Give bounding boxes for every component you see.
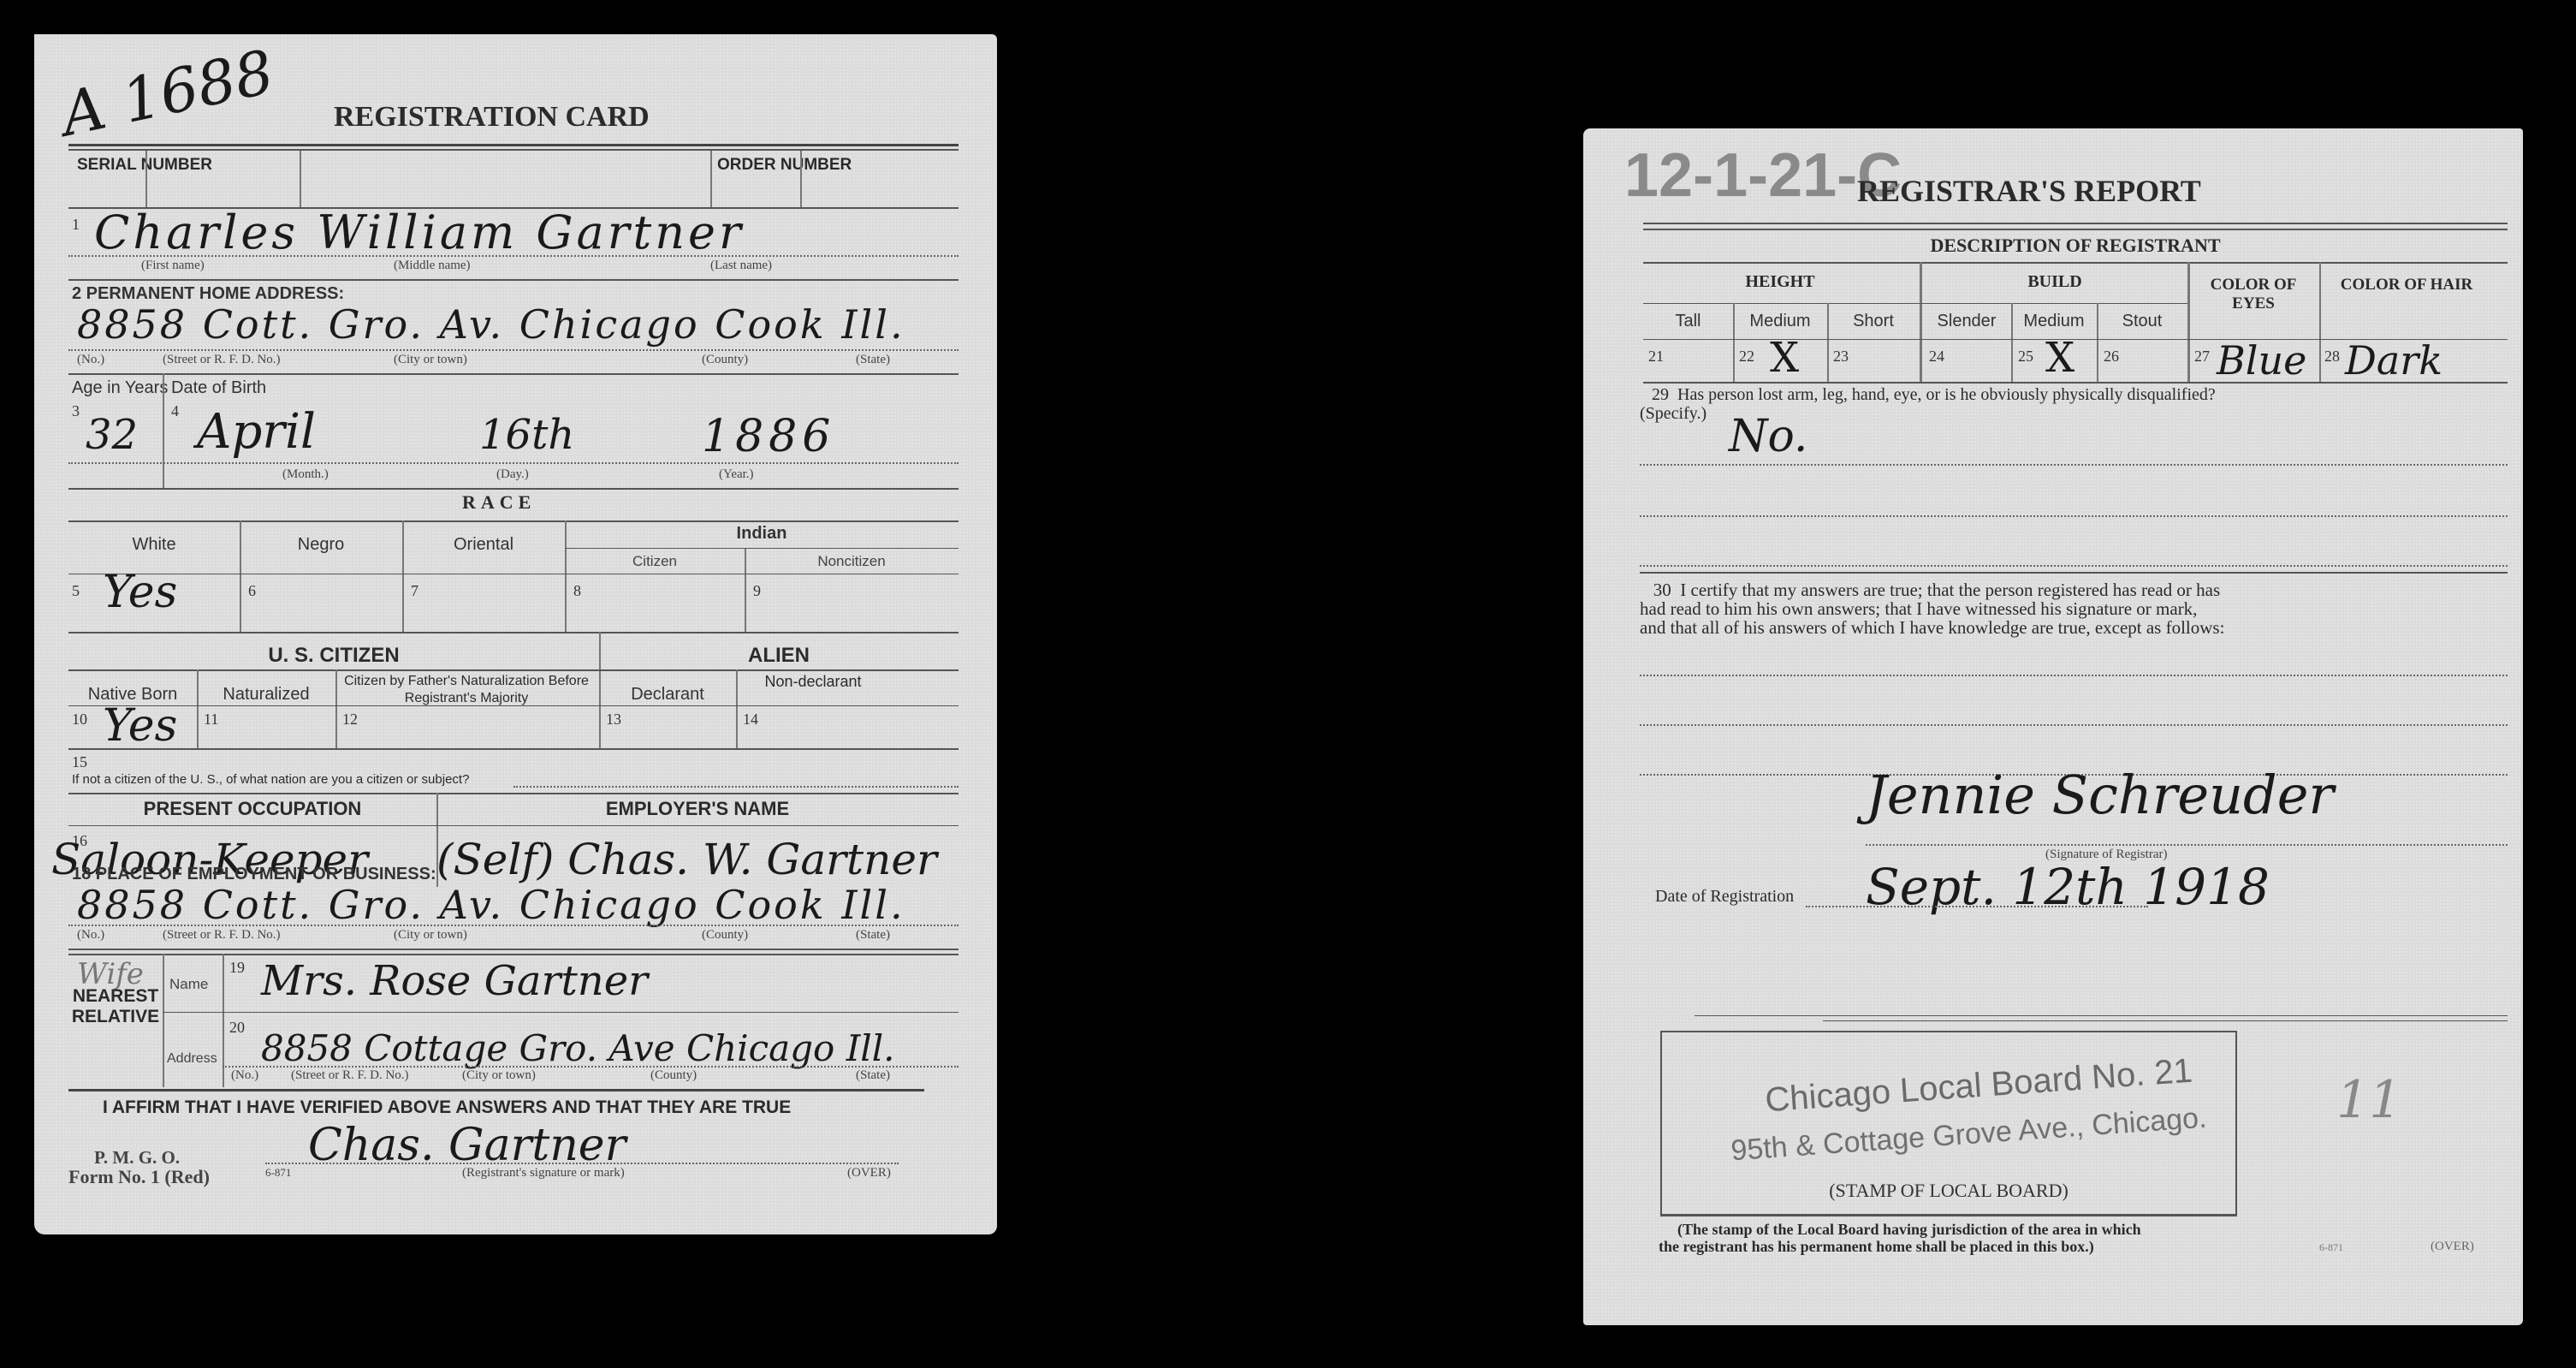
- race-indian-label: Indian: [565, 524, 959, 544]
- build-stout-label: Stout: [2097, 312, 2187, 331]
- us-citizen-label: U. S. CITIZEN: [68, 644, 599, 668]
- registration-date-label: Date of Registration: [1655, 887, 1794, 907]
- height-short-label: Short: [1827, 312, 1920, 331]
- age-value: 32: [86, 411, 138, 459]
- registrar-signature: Jennie Schreuder: [1866, 764, 2334, 826]
- birth-day: 16th: [479, 411, 574, 459]
- stamp-note-line-1: (The stamp of the Local Board having jur…: [1677, 1221, 2141, 1239]
- certification-line: and that all of his answers of which I h…: [1640, 618, 2224, 637]
- hair-color-value: Dark: [2345, 337, 2442, 384]
- race-title: RACE: [462, 491, 536, 514]
- relative-address-label: Address: [167, 1051, 217, 1067]
- form-code: 6-871: [2319, 1241, 2343, 1254]
- certification-text: 30 I certify that my answers are true; t…: [1640, 580, 2224, 637]
- build-slender-label: Slender: [1922, 312, 2011, 331]
- field-number: 26: [2104, 348, 2119, 366]
- field-number: 8: [573, 582, 581, 600]
- field-number: 7: [411, 582, 418, 600]
- native-born-value: Yes: [103, 700, 177, 752]
- build-medium-label: Medium: [2011, 312, 2097, 331]
- eye-color-label: COLOR OF EYES: [2189, 276, 2318, 313]
- nation-question: If not a citizen of the U. S., of what n…: [72, 772, 469, 787]
- field-number: 21: [1648, 348, 1664, 366]
- caption-no: (No.): [77, 353, 104, 367]
- race-white-label: White: [68, 535, 240, 555]
- day-caption: (Day.): [496, 467, 529, 482]
- build-label: BUILD: [1922, 272, 2187, 292]
- affirmation-text: I AFFIRM THAT I HAVE VERIFIED ABOVE ANSW…: [103, 1097, 791, 1118]
- field-number: 3: [72, 402, 80, 420]
- last-name-caption: (Last name): [710, 259, 772, 273]
- height-label: HEIGHT: [1643, 272, 1917, 292]
- certification-line: had read to him his own answers; that I …: [1640, 599, 2224, 618]
- form-number: Form No. 1 (Red): [68, 1166, 210, 1188]
- relative-name-value: Mrs. Rose Gartner: [261, 957, 648, 1005]
- specify-label: (Specify.): [1640, 404, 1706, 424]
- relative-name-label: Name: [169, 976, 208, 993]
- nearest-relative-label: NEAREST RELATIVE: [68, 986, 163, 1027]
- non-declarant-label: Non-declarant: [745, 673, 881, 690]
- caption-county: (County): [650, 1068, 697, 1083]
- margin-number: A 1688: [55, 37, 280, 150]
- alien-label: ALIEN: [599, 644, 959, 668]
- field-number: 25: [2018, 348, 2033, 366]
- caption-county: (County): [702, 928, 748, 943]
- relative-address-value: 8858 Cottage Gro. Ave Chicago Ill.: [261, 1027, 895, 1069]
- field-number: 22: [1739, 348, 1754, 366]
- over-label: (OVER): [2431, 1240, 2474, 1254]
- caption-no: (No.): [231, 1068, 258, 1083]
- employer-label: EMPLOYER'S NAME: [436, 798, 959, 820]
- first-name-caption: (First name): [141, 259, 205, 273]
- field-number: 1: [72, 216, 80, 234]
- signature-caption: (Registrant's signature or mark): [462, 1166, 625, 1181]
- declarant-label: Declarant: [599, 685, 736, 705]
- field-number: 11: [204, 711, 218, 729]
- serial-number-label: SERIAL NUMBER: [77, 156, 145, 175]
- father-naturalization-label: Citizen by Father's Naturalization Befor…: [342, 673, 591, 707]
- field-number: 23: [1833, 348, 1849, 366]
- hair-color-label: COLOR OF HAIR: [2321, 276, 2492, 294]
- field-number: 13: [606, 711, 621, 729]
- registrant-name: Charles William Gartner: [94, 205, 745, 259]
- home-address-value: 8858 Cott. Gro. Av. Chicago Cook Ill.: [77, 301, 905, 348]
- report-title: REGISTRAR'S REPORT: [1857, 173, 2201, 209]
- birth-month: April: [197, 404, 316, 460]
- caption-county: (County): [702, 353, 748, 367]
- field-number: 9: [753, 582, 761, 600]
- field-number: 20: [229, 1019, 245, 1037]
- field-number: 10: [72, 711, 87, 729]
- caption-street: (Street or R. F. D. No.): [163, 928, 281, 943]
- birth-year: 1886: [702, 411, 835, 462]
- disability-answer: No.: [1729, 411, 1807, 462]
- caption-city: (City or town): [394, 353, 467, 367]
- disability-question-text: Has person lost arm, leg, hand, eye, or …: [1677, 385, 2216, 404]
- field-number: 14: [743, 711, 758, 729]
- height-medium-mark: X: [1770, 334, 1799, 382]
- field-number: 30: [1653, 580, 1671, 600]
- field-number: 12: [342, 711, 358, 729]
- build-medium-mark: X: [2045, 334, 2074, 382]
- height-tall-label: Tall: [1643, 312, 1733, 331]
- employer-value: (Self) Chas. W. Gartner: [436, 835, 937, 884]
- caption-no: (No.): [77, 928, 104, 943]
- description-title: DESCRIPTION OF REGISTRANT: [1643, 235, 2508, 257]
- field-number: 29: [1652, 385, 1669, 404]
- caption-state: (State): [856, 1068, 890, 1083]
- indian-noncitizen-label: Noncitizen: [745, 553, 959, 570]
- middle-name-caption: (Middle name): [394, 259, 471, 273]
- height-medium-label: Medium: [1733, 312, 1827, 331]
- stamp-note-line-2: the registrant has his permanent home sh…: [1659, 1238, 2094, 1256]
- card-title: REGISTRATION CARD: [334, 101, 650, 134]
- birth-label: Date of Birth: [171, 378, 266, 398]
- disability-question: 29 Has person lost arm, leg, hand, eye, …: [1652, 385, 2216, 405]
- order-number-label: ORDER NUMBER: [717, 156, 803, 175]
- month-caption: (Month.): [282, 467, 329, 482]
- race-oriental-label: Oriental: [402, 535, 565, 555]
- occupation-label: PRESENT OCCUPATION: [68, 798, 436, 820]
- age-label: Age in Years: [72, 378, 168, 398]
- race-white-value: Yes: [103, 567, 177, 618]
- registration-card: A 1688 REGISTRATION CARD SERIAL NUMBER O…: [34, 34, 997, 1234]
- registrars-report-card: 12-1-21-C REGISTRAR'S REPORT DESCRIPTION…: [1583, 128, 2523, 1325]
- race-negro-label: Negro: [240, 535, 402, 555]
- field-number: 19: [229, 959, 245, 977]
- field-number: 15: [72, 753, 87, 771]
- caption-state: (State): [856, 928, 890, 943]
- field-number: 6: [248, 582, 256, 600]
- indian-citizen-label: Citizen: [565, 553, 745, 570]
- over-label: (OVER): [847, 1166, 891, 1181]
- naturalized-label: Naturalized: [197, 685, 335, 705]
- local-board-stamp-box: Chicago Local Board No. 21 95th & Cottag…: [1660, 1031, 2237, 1216]
- caption-street: (Street or R. F. D. No.): [291, 1068, 409, 1083]
- field-number: 4: [171, 402, 179, 420]
- caption-street: (Street or R. F. D. No.): [163, 353, 281, 367]
- field-number: 28: [2324, 348, 2340, 366]
- certification-line: I certify that my answers are true; that…: [1680, 580, 2220, 600]
- caption-city: (City or town): [462, 1068, 536, 1083]
- stamp-caption: (STAMP OF LOCAL BOARD): [1662, 1180, 2235, 1202]
- year-caption: (Year.): [719, 467, 754, 482]
- place-of-employment-value: 8858 Cott. Gro. Av. Chicago Cook Ill.: [77, 882, 905, 928]
- caption-city: (City or town): [394, 928, 467, 943]
- form-code: 6-871: [265, 1166, 291, 1180]
- caption-state: (State): [856, 353, 890, 367]
- eye-color-value: Blue: [2217, 337, 2306, 384]
- side-mark: 11: [2336, 1070, 2401, 1130]
- field-number: 27: [2194, 348, 2210, 366]
- field-number: 5: [72, 582, 80, 600]
- field-number: 24: [1929, 348, 1944, 366]
